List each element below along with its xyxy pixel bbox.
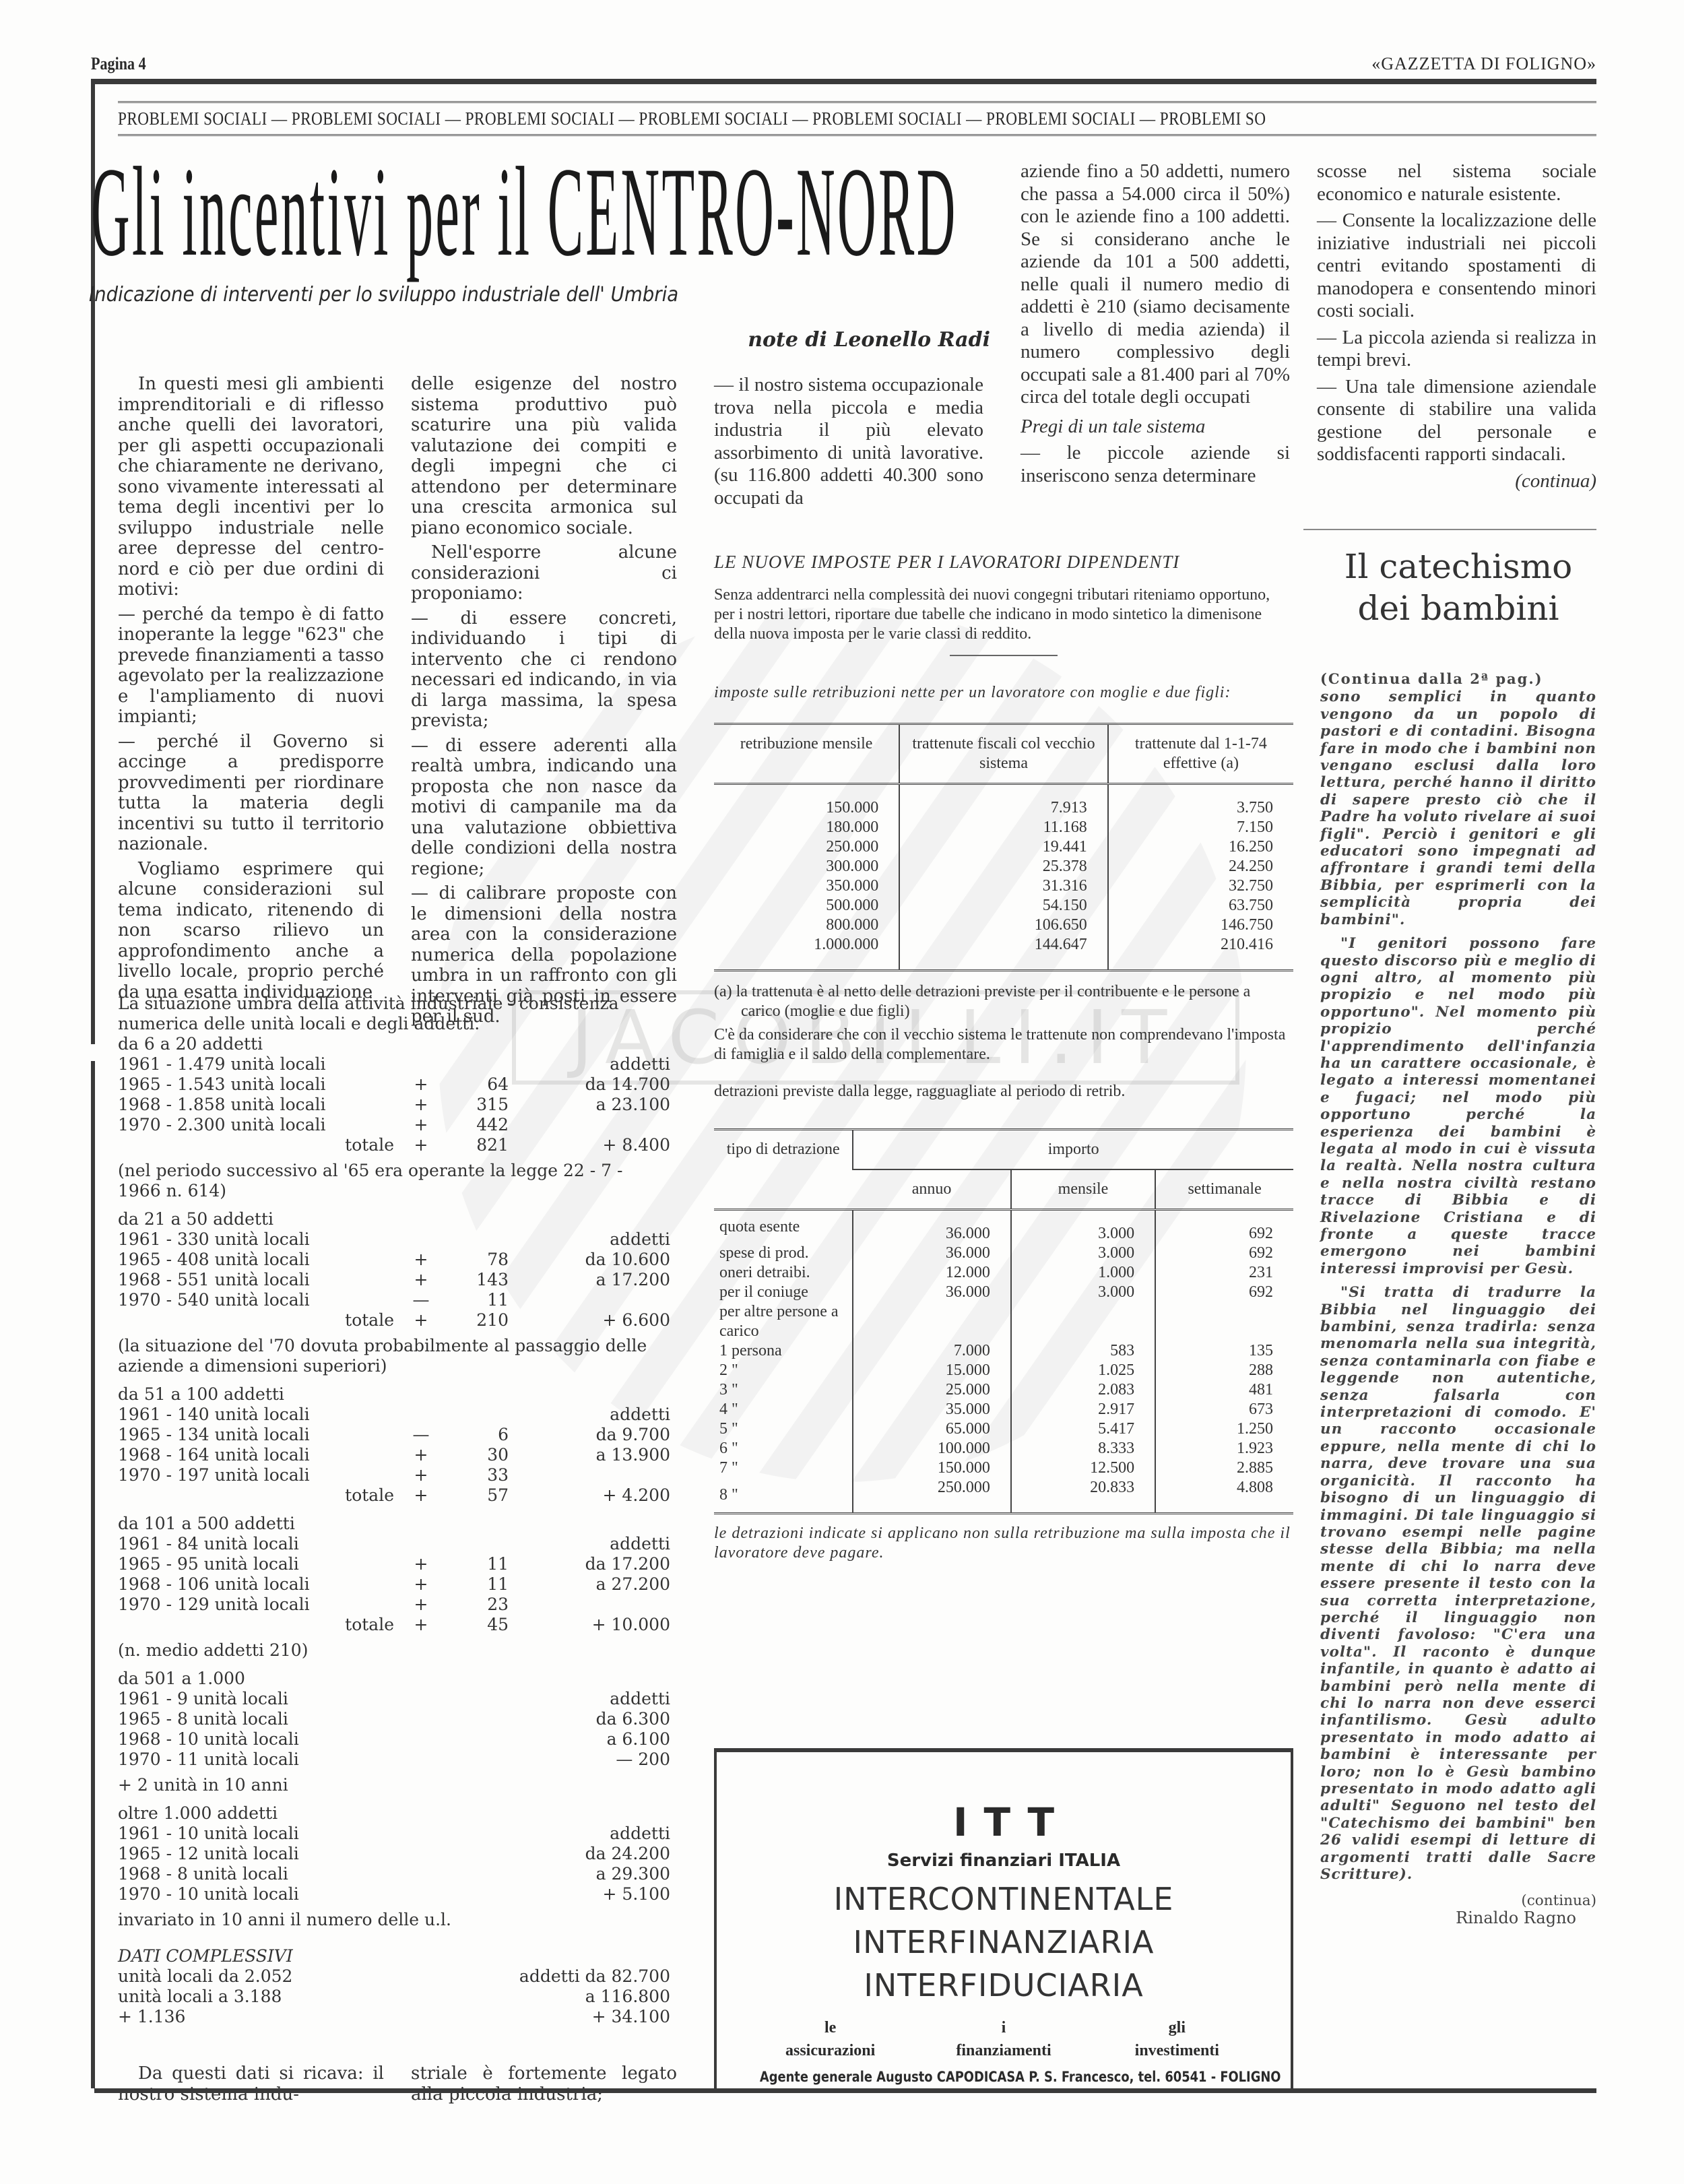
paragraph: Da questi dati si ricava: il nostro sist… xyxy=(118,2063,384,2105)
column-group-header: importo xyxy=(853,1130,1293,1170)
stats-note: (la situazione del '70 dovuta probabilme… xyxy=(118,1336,670,1376)
table-row: spese di prod.36.0003.000692 xyxy=(714,1244,1293,1263)
withholding-table: retribuzione mensile trattenute fiscali … xyxy=(714,723,1293,971)
article-column-4: aziende fino a 50 addetti, numero che pa… xyxy=(1021,160,1290,491)
closing-column-2: striale è fortemente legato alla piccola… xyxy=(411,2063,677,2109)
stats-group-label: da 6 a 20 addetti xyxy=(118,1034,670,1054)
paragraph: — Una tale dimensione aziendale consente… xyxy=(1317,376,1596,466)
industry-stats: La situazione umbra della attività indus… xyxy=(118,994,670,2027)
masthead: «GAZZETTA DI FOLIGNO» xyxy=(1371,54,1596,74)
tax-panel: LE NUOVE IMPOSTE PER I LAVORATORI DIPEND… xyxy=(714,552,1293,1563)
stats-row: 1968 - 551 unità locali+143a 17.200 xyxy=(118,1270,670,1290)
ad-company: INTERCONTINENTALE xyxy=(717,1877,1291,1921)
stats-row: 1968 - 1.858 unità locali+315a 23.100 xyxy=(118,1095,670,1115)
stats-row: 1970 - 2.300 unità locali+442 xyxy=(118,1115,670,1135)
header-rule xyxy=(91,79,1596,84)
tax-intro: Senza addentrarci nella complessità dei … xyxy=(714,585,1293,644)
table-row: 8 "250.00020.8334.808 xyxy=(714,1478,1293,1514)
stats-row: 1961 - 10 unità localiaddetti xyxy=(118,1824,670,1844)
stats-row: 1965 - 134 unità locali—6da 9.700 xyxy=(118,1425,670,1445)
paragraph: — le piccole aziende si inseriscono senz… xyxy=(1021,442,1290,487)
stats-row: 1968 - 106 unità locali+11a 27.200 xyxy=(118,1574,670,1595)
table-row: 180.00011.1687.150 xyxy=(714,818,1293,837)
stats-row: 1968 - 8 unità localia 29.300 xyxy=(118,1864,670,1884)
stats-total-row: unità locali da 2.052addetti da 82.700 xyxy=(118,1966,670,1987)
deductions-table: tipo di detrazione importo annuo mensile… xyxy=(714,1128,1293,1514)
article-column-1: In questi mesi gli ambienti imprenditori… xyxy=(118,374,384,1006)
stats-row: 1961 - 1.479 unità localiaddetti xyxy=(118,1054,670,1074)
footer-rule xyxy=(94,2088,1596,2093)
itt-advertisement: ITT Servizi finanziari ITALIA INTERCONTI… xyxy=(714,1748,1293,2088)
table-row: 300.00025.37824.250 xyxy=(714,857,1293,876)
ad-brand: ITT xyxy=(717,1799,1291,1845)
stats-row: 1970 - 129 unità locali+23 xyxy=(118,1595,670,1615)
stats-note: (n. medio addetti 210) xyxy=(118,1640,670,1661)
stats-totals-title: DATI COMPLESSIVI xyxy=(118,1946,670,1966)
ad-services: le i gli assicurazioni finanziamenti inv… xyxy=(717,2016,1291,2062)
table-row: per il coniuge36.0003.000692 xyxy=(714,1283,1293,1302)
stats-note: + 2 unità in 10 anni xyxy=(118,1775,670,1795)
paragraph: — perché da tempo è di fatto inoperante … xyxy=(118,604,384,728)
ad-service-article: le xyxy=(744,2016,917,2039)
article-column-3: — il nostro sistema occupazionale trova … xyxy=(714,374,983,513)
table-row: 7 "150.00012.5002.885 xyxy=(714,1458,1293,1478)
paragraph: scosse nel sistema sociale economico e n… xyxy=(1317,160,1596,205)
catechism-title: Il catechismo dei bambini xyxy=(1317,546,1600,629)
column-header: settimanale xyxy=(1155,1169,1293,1210)
paragraph: — Consente la localizzazione delle inizi… xyxy=(1317,210,1596,323)
table-row: per altre persone a carico xyxy=(714,1302,1293,1341)
stats-total-row: + 1.136+ 34.100 xyxy=(118,2007,670,2027)
stats-group-label: da 101 a 500 addetti xyxy=(118,1514,670,1534)
tax-title: LE NUOVE IMPOSTE PER I LAVORATORI DIPEND… xyxy=(714,552,1293,572)
article-column-2: delle esigenze del nostro sistema produt… xyxy=(411,374,677,1031)
paragraph: — il nostro sistema occupazionale trova … xyxy=(714,374,983,509)
ad-tagline: Servizi finanziari ITALIA xyxy=(717,1851,1291,1871)
ad-company: INTERFIDUCIARIA xyxy=(717,1964,1291,2007)
note-old-system: C'è da considerare che con il vecchio si… xyxy=(714,1025,1293,1064)
footnote-a: (a) la trattenuta è al netto delle detra… xyxy=(714,982,1293,1021)
paragraph: — di essere aderenti alla realtà umbra, … xyxy=(411,736,677,880)
paragraph: aziende fino a 50 addetti, numero che pa… xyxy=(1021,160,1290,409)
stats-row: 1965 - 8 unità localida 6.300 xyxy=(118,1709,670,1729)
table-row: 800.000106.650146.750 xyxy=(714,916,1293,935)
ad-agent: Agente generale Augusto CAPODICASA P. S.… xyxy=(760,2069,1248,2085)
continued-from: (Continua dalla 2ª pag.) xyxy=(1320,670,1596,687)
continua-label: (continua) xyxy=(1317,470,1596,493)
ad-service-article: gli xyxy=(1091,2016,1264,2039)
stats-group-label: da 51 a 100 addetti xyxy=(118,1384,670,1405)
table-row: 5 "65.0005.4171.250 xyxy=(714,1419,1293,1439)
paragraph: — perché il Governo si accinge a predisp… xyxy=(118,732,384,855)
article-column-5: scosse nel sistema sociale economico e n… xyxy=(1317,160,1596,496)
table-row: 2 "15.0001.025288 xyxy=(714,1361,1293,1380)
article-headline: Gli incentivi per il CENTRO-NORD xyxy=(91,152,470,273)
stats-row: 1965 - 95 unità locali+11da 17.200 xyxy=(118,1554,670,1574)
paragraph: striale è fortemente legato alla piccola… xyxy=(411,2063,677,2105)
ad-company: INTERFINANZIARIA xyxy=(717,1921,1291,1964)
page-header: Pagina 4 «GAZZETTA DI FOLIGNO» xyxy=(91,54,1596,81)
stats-row: 1965 - 1.543 unità locali+64da 14.700 xyxy=(118,1074,670,1095)
section-band-text: PROBLEMI SOCIALI — PROBLEMI SOCIALI — PR… xyxy=(118,108,1266,129)
frame-left-rule-lower xyxy=(91,1061,95,2088)
stats-row: totale+821+ 8.400 xyxy=(118,1135,670,1155)
stats-total-row: unità locali a 3.188a 116.800 xyxy=(118,1987,670,2007)
stats-row: 1965 - 12 unità localida 24.200 xyxy=(118,1844,670,1864)
table-row: 3 "25.0002.083481 xyxy=(714,1380,1293,1400)
column-header: annuo xyxy=(853,1169,1010,1210)
stats-intro: La situazione umbra della attività indus… xyxy=(118,994,670,1034)
stats-row: 1970 - 10 unità locali+ 5.100 xyxy=(118,1884,670,1904)
closing-column-1: Da questi dati si ricava: il nostro sist… xyxy=(118,2063,384,2109)
stats-row: 1961 - 140 unità localiaddetti xyxy=(118,1405,670,1425)
stats-groups: da 6 a 20 addetti1961 - 1.479 unità loca… xyxy=(118,1034,670,1938)
table-row: 6 "100.0008.3331.923 xyxy=(714,1439,1293,1458)
table-row: 150.0007.9133.750 xyxy=(714,784,1293,818)
tax-notes: (a) la trattenuta è al netto delle detra… xyxy=(714,982,1293,1101)
paragraph: — di essere concreti, individuando i tip… xyxy=(411,608,677,732)
page-number: Pagina 4 xyxy=(91,54,146,74)
headline-text: Gli incentivi per il CENTRO-NORD xyxy=(91,152,994,273)
table-row: 4 "35.0002.917673 xyxy=(714,1400,1293,1419)
stats-note: (nel periodo successivo al '65 era opera… xyxy=(118,1161,670,1201)
ad-service: investimenti xyxy=(1091,2039,1264,2062)
table1-caption: imposte sulle retribuzioni nette per un … xyxy=(714,683,1293,703)
stats-note: invariato in 10 anni il numero delle u.l… xyxy=(118,1910,670,1930)
column-header: mensile xyxy=(1011,1169,1155,1210)
paragraph: In questi mesi gli ambienti imprenditori… xyxy=(118,374,384,600)
paragraph: "I genitori possono fare questo discorso… xyxy=(1320,935,1596,1277)
table-row: 500.00054.15063.750 xyxy=(714,896,1293,916)
table-row: oneri detraibi.12.0001.000231 xyxy=(714,1263,1293,1283)
catechism-author: Rinaldo Ragno xyxy=(1320,1910,1596,1927)
article-subhead: Indicazione di interventi per lo svilupp… xyxy=(89,283,678,307)
paragraph: sono semplici in quanto vengono da un po… xyxy=(1320,688,1596,928)
paragraph: — La piccola azienda si realizza in temp… xyxy=(1317,327,1596,372)
stats-row: totale+57+ 4.200 xyxy=(118,1485,670,1506)
column-header: trattenute dal 1-1-74 effettive (a) xyxy=(1108,724,1293,784)
stats-row: 1965 - 408 unità locali+78da 10.600 xyxy=(118,1250,670,1270)
table-row: 250.00019.44116.250 xyxy=(714,837,1293,857)
stats-row: 1968 - 10 unità localia 6.100 xyxy=(118,1729,670,1749)
catechism-title-line: Il catechismo xyxy=(1317,546,1600,587)
stats-row: totale+45+ 10.000 xyxy=(118,1615,670,1635)
continua-label: (continua) xyxy=(1320,1892,1596,1909)
stats-row: 1970 - 11 unità locali— 200 xyxy=(118,1749,670,1770)
table-row: 350.00031.31632.750 xyxy=(714,876,1293,896)
divider xyxy=(950,655,1058,656)
column-header: trattenute fiscali col vecchio sistema xyxy=(899,724,1108,784)
ad-service-article: i xyxy=(917,2016,1090,2039)
stats-row: totale+210+ 6.600 xyxy=(118,1310,670,1330)
paragraph: "Si tratta di tradurre la Bibbia nel lin… xyxy=(1320,1284,1596,1883)
column-header: retribuzione mensile xyxy=(714,724,899,784)
stats-row: 1970 - 197 unità locali+33 xyxy=(118,1465,670,1485)
catechism-title-line: dei bambini xyxy=(1317,587,1600,629)
column-header: tipo di detrazione xyxy=(714,1130,853,1210)
paragraph: Vogliamo esprimere qui alcune consideraz… xyxy=(118,859,384,1003)
table-row: quota esente36.0003.000692 xyxy=(714,1210,1293,1244)
table2-caption: detrazioni previste dalla legge, ragguag… xyxy=(714,1082,1293,1101)
article-byline: note di Leonello Radi xyxy=(748,328,990,352)
subheading: Pregi di un tale sistema xyxy=(1021,416,1290,439)
table-row: 1.000.000144.647210.416 xyxy=(714,935,1293,971)
stats-totals: unità locali da 2.052addetti da 82.700un… xyxy=(118,1966,670,2027)
divider xyxy=(1303,529,1596,530)
section-band: PROBLEMI SOCIALI — PROBLEMI SOCIALI — PR… xyxy=(118,101,1596,136)
paragraph: Nell'esporre alcune considerazioni ci pr… xyxy=(411,542,677,604)
stats-row: 1968 - 164 unità locali+30a 13.900 xyxy=(118,1445,670,1465)
stats-row: 1970 - 540 unità locali—11 xyxy=(118,1290,670,1310)
stats-row: 1961 - 84 unità localiaddetti xyxy=(118,1534,670,1554)
stats-group-label: da 21 a 50 addetti xyxy=(118,1209,670,1229)
ad-service: finanziamenti xyxy=(917,2039,1090,2062)
catechism-column: (Continua dalla 2ª pag.) sono semplici i… xyxy=(1320,670,1596,1927)
table-row: 1 persona7.000583135 xyxy=(714,1341,1293,1361)
stats-row: 1961 - 330 unità localiaddetti xyxy=(118,1229,670,1250)
stats-row: 1961 - 9 unità localiaddetti xyxy=(118,1689,670,1709)
stats-group-label: da 501 a 1.000 xyxy=(118,1669,670,1689)
ad-service: assicurazioni xyxy=(744,2039,917,2062)
stats-group-label: oltre 1.000 addetti xyxy=(118,1803,670,1824)
paragraph: delle esigenze del nostro sistema produt… xyxy=(411,374,677,538)
table2-footnote: le detrazioni indicate si applicano non … xyxy=(714,1524,1293,1563)
